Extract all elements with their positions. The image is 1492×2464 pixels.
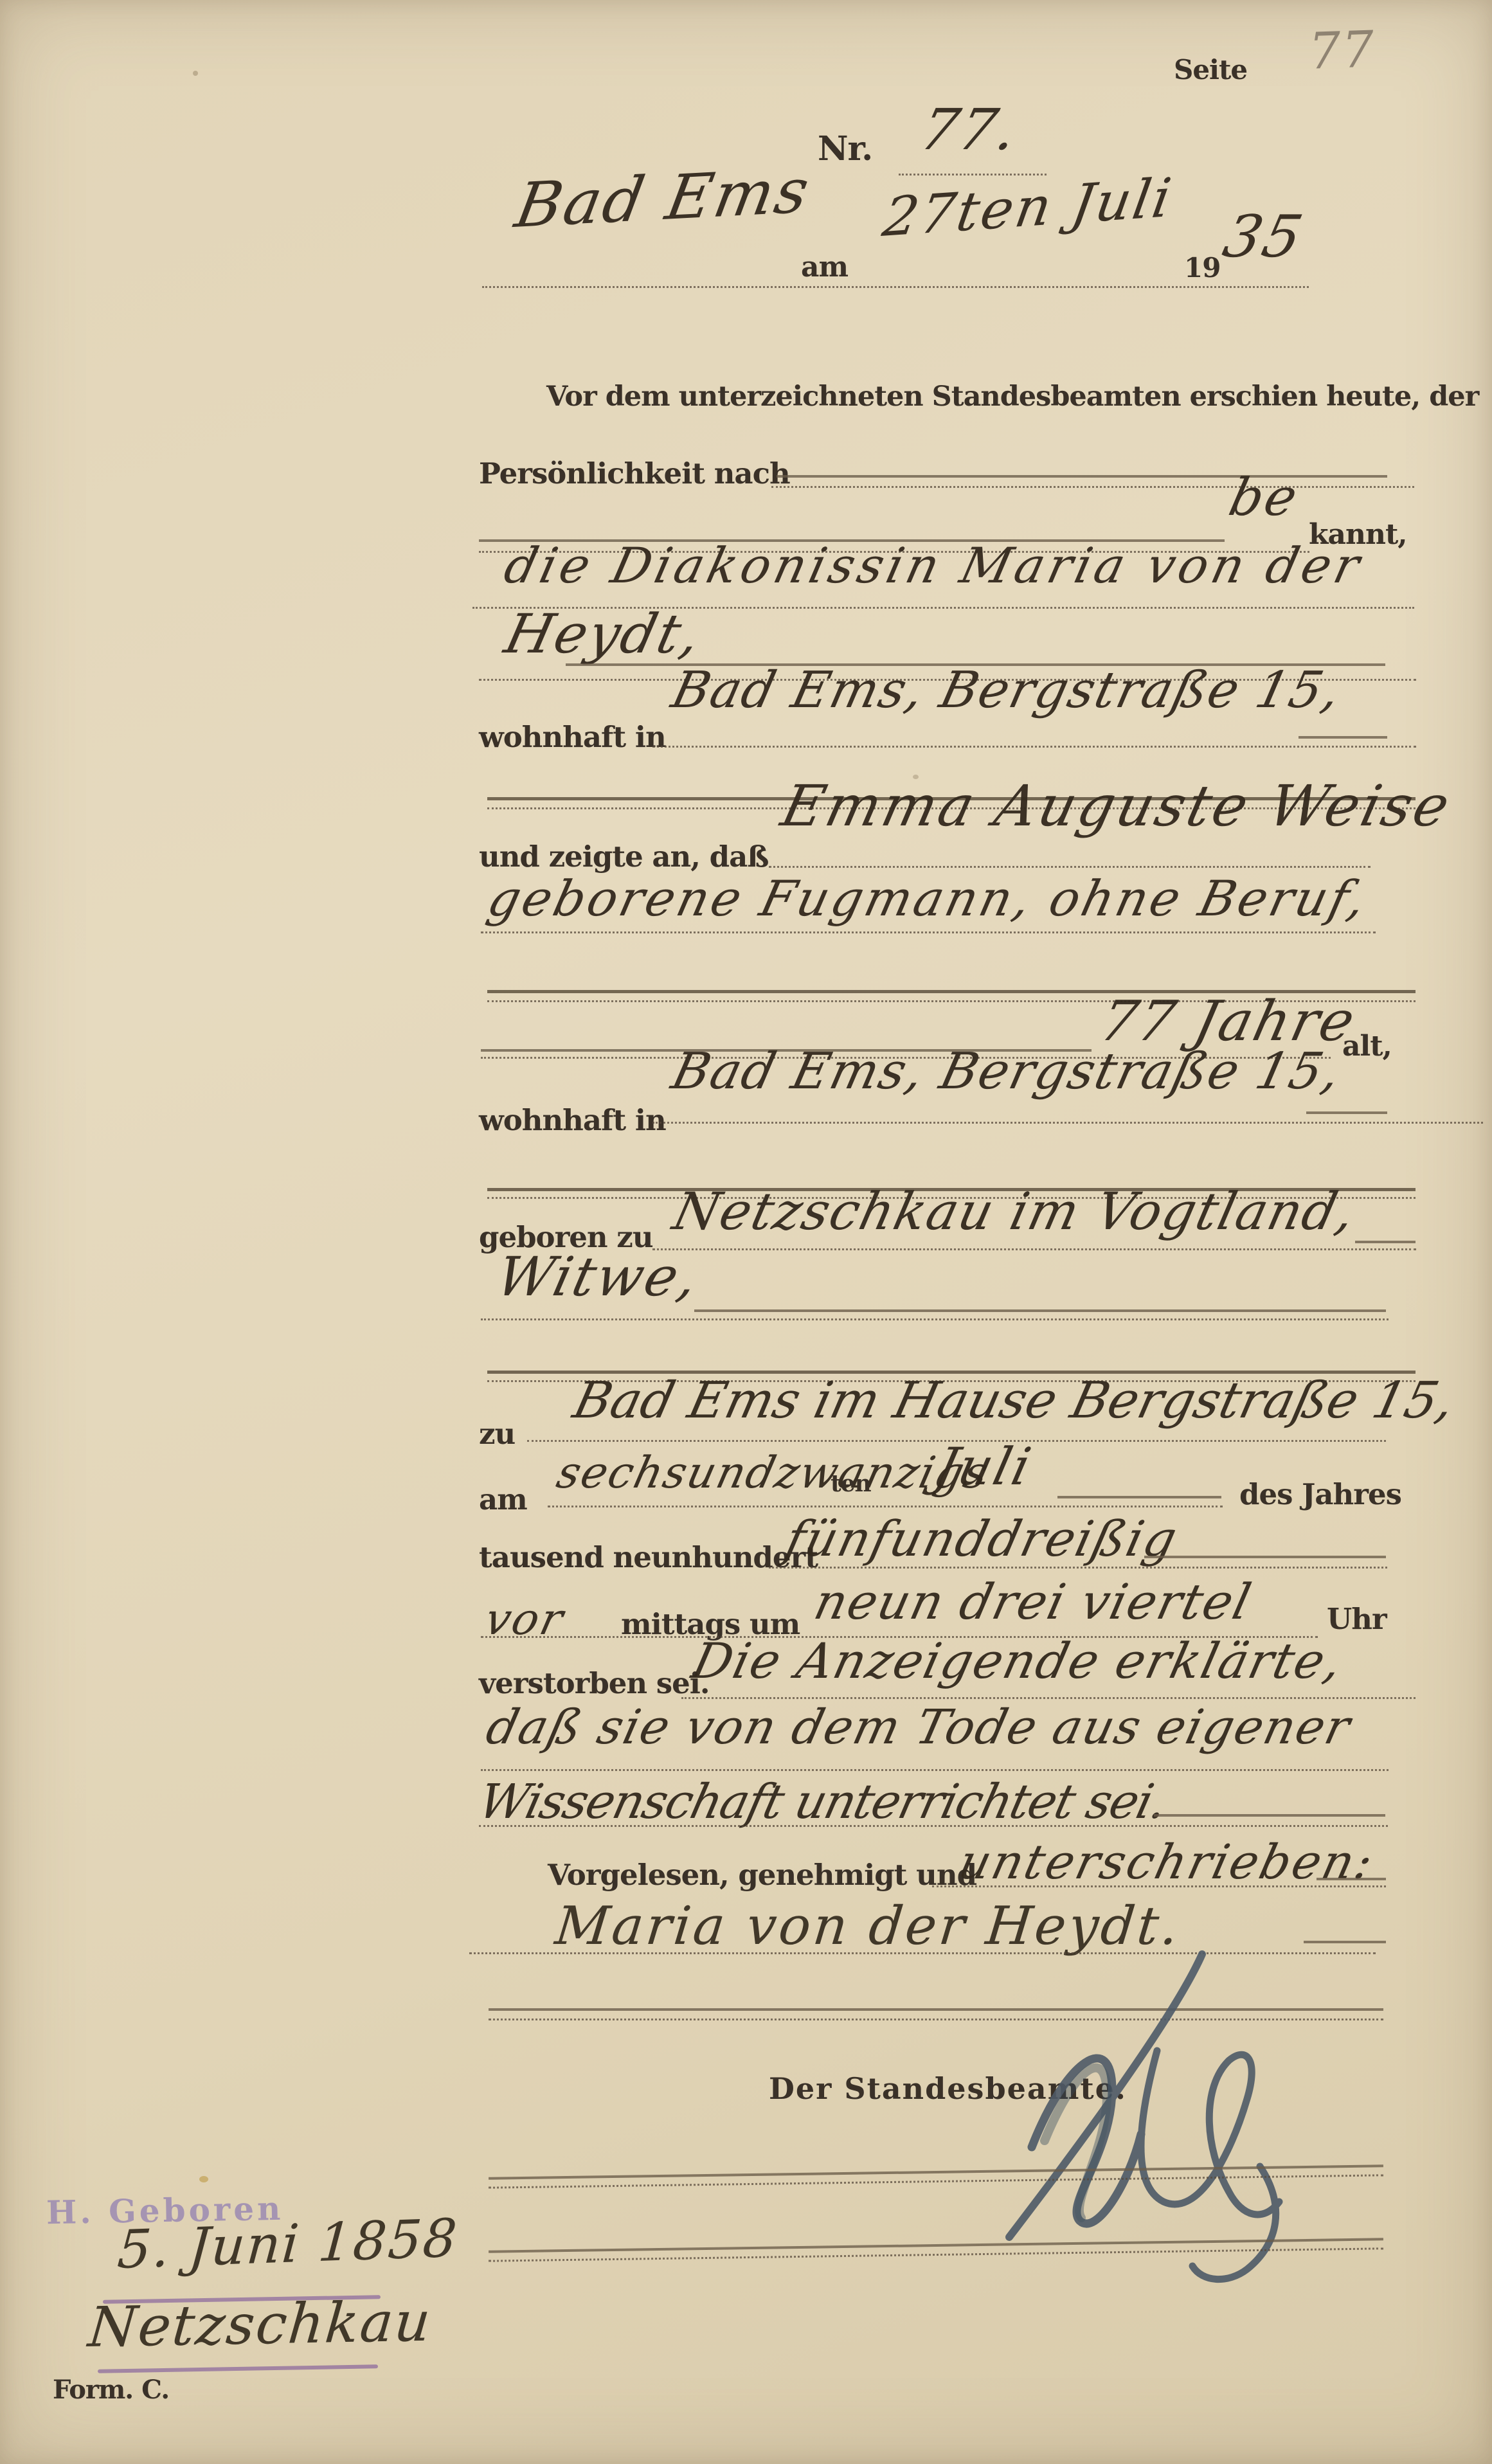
page-header-seite-label: Seite (1174, 57, 1247, 84)
death-year: fünfunddreißig (781, 1515, 1182, 1563)
ruled-line-dotted (932, 1885, 1386, 1887)
ruled-line-solid (1299, 736, 1387, 739)
deceased-address: Bad Ems, Bergstraße 15, (667, 1047, 1346, 1097)
ruled-line-dotted (681, 1697, 1416, 1699)
vormittags-handwritten: vor (481, 1598, 569, 1642)
record-number-value: 77. (915, 102, 1024, 158)
declaration-line1: Die Anzeigende erklärte, (688, 1637, 1347, 1686)
declaration-line2: daß sie von dem Tode aus eigener (482, 1704, 1355, 1751)
ruled-line-dotted (482, 286, 1309, 288)
form-type-label: Form. C. (53, 2377, 169, 2403)
ruled-line-dotted (548, 1506, 1223, 1507)
paper-speck (199, 2176, 208, 2182)
deceased-marital-status: Witwe, (492, 1250, 705, 1304)
death-register-page: Seite 77 Nr. 77. Bad Ems am 27ten Juli 1… (0, 0, 1492, 2464)
alt-label: alt, (1342, 1032, 1392, 1061)
deceased-age: 77 Jahre (1095, 994, 1362, 1049)
registration-year: 35 (1218, 208, 1309, 266)
ruled-line-dotted (652, 1122, 1483, 1124)
persoenlichkeit-label: Persönlichkeit nach (479, 459, 790, 488)
stamp-underline (98, 2364, 378, 2373)
year-prefix-label: 19 (1184, 255, 1220, 282)
page-number-pencil: 77 (1308, 24, 1376, 77)
zeigte-an-label: und zeigte an, daß (479, 842, 768, 871)
ruled-line-solid (1306, 1111, 1387, 1114)
registration-date: 27ten Juli (879, 170, 1176, 244)
wohnhaft-label-2: wohnhaft in (479, 1106, 666, 1135)
uhr-label: Uhr (1327, 1605, 1387, 1633)
declaration-line3: Wissenschaft unterrichtet sei. (474, 1778, 1171, 1826)
ruled-line-dotted (769, 1567, 1387, 1569)
ruled-line-dotted (481, 931, 1376, 933)
ruled-line-solid (1154, 1814, 1385, 1817)
ruled-line-dotted (652, 1248, 1416, 1250)
unterschrieben-handwritten: unterschrieben: (955, 1839, 1379, 1886)
verstorben-sei-label: verstorben sei. (479, 1669, 710, 1698)
tausend-neunhundert-label: tausend neunhundert (479, 1543, 818, 1572)
declarant-line2: Heydt, (500, 607, 707, 661)
wohnhaft-label-1: wohnhaft in (479, 723, 666, 751)
ruled-line-dotted (481, 1318, 1389, 1320)
paper-speck (913, 775, 919, 779)
intro-line: Vor dem unterzeichneten Standesbeamten e… (546, 383, 1479, 411)
ruled-line-solid (694, 1309, 1386, 1312)
deceased-maiden-name: geborene Fugmann, ohne Beruf, (483, 874, 1372, 923)
death-day: sechsundzwanzigs (553, 1452, 993, 1495)
ten-suffix-label: ten (831, 1472, 871, 1495)
death-month: Juli (931, 1441, 1037, 1493)
declarant-address: Bad Ems, Bergstraße 15, (667, 665, 1346, 715)
ruled-line-dotted (899, 174, 1047, 175)
ruled-line-dotted (479, 1825, 1388, 1827)
ruled-line-solid (1355, 1241, 1416, 1243)
record-number-label: Nr. (818, 132, 872, 166)
birth-date-annotation: 5. Juni 1858 (116, 2213, 460, 2277)
des-jahres-label: des Jahres (1239, 1480, 1401, 1509)
ruled-line-dotted (771, 486, 1414, 488)
am-label-2: am (479, 1485, 527, 1514)
ruled-line-dotted (652, 746, 1416, 748)
death-time: neun drei viertel (810, 1578, 1256, 1626)
bekannt-handwritten-prefix: be (1225, 472, 1304, 523)
vorgelesen-label: Vorgelesen, genehmigt und (548, 1860, 976, 1889)
registration-place: Bad Ems (511, 160, 815, 237)
ruled-line-dotted (481, 1769, 1389, 1771)
ruled-line-solid (1144, 1556, 1386, 1558)
death-place: Bad Ems im Hause Bergstraße 15, (569, 1376, 1459, 1426)
deceased-birthplace: Netzschkau im Vogtland, (669, 1186, 1361, 1237)
official-signature-scrawl (900, 1935, 1324, 2289)
am-label: am (801, 253, 848, 282)
ruled-line-dotted (769, 866, 1371, 868)
declarant-line1: die Diakonissin Maria von der (500, 541, 1368, 590)
ruled-line-solid (1057, 1496, 1221, 1498)
ruled-line-solid (1317, 1878, 1386, 1880)
paper-speck (193, 71, 198, 76)
zu-label: zu (479, 1419, 515, 1448)
birth-place-annotation: Netzschkau (86, 2294, 434, 2355)
deceased-name: Emma Auguste Weise (777, 778, 1457, 834)
